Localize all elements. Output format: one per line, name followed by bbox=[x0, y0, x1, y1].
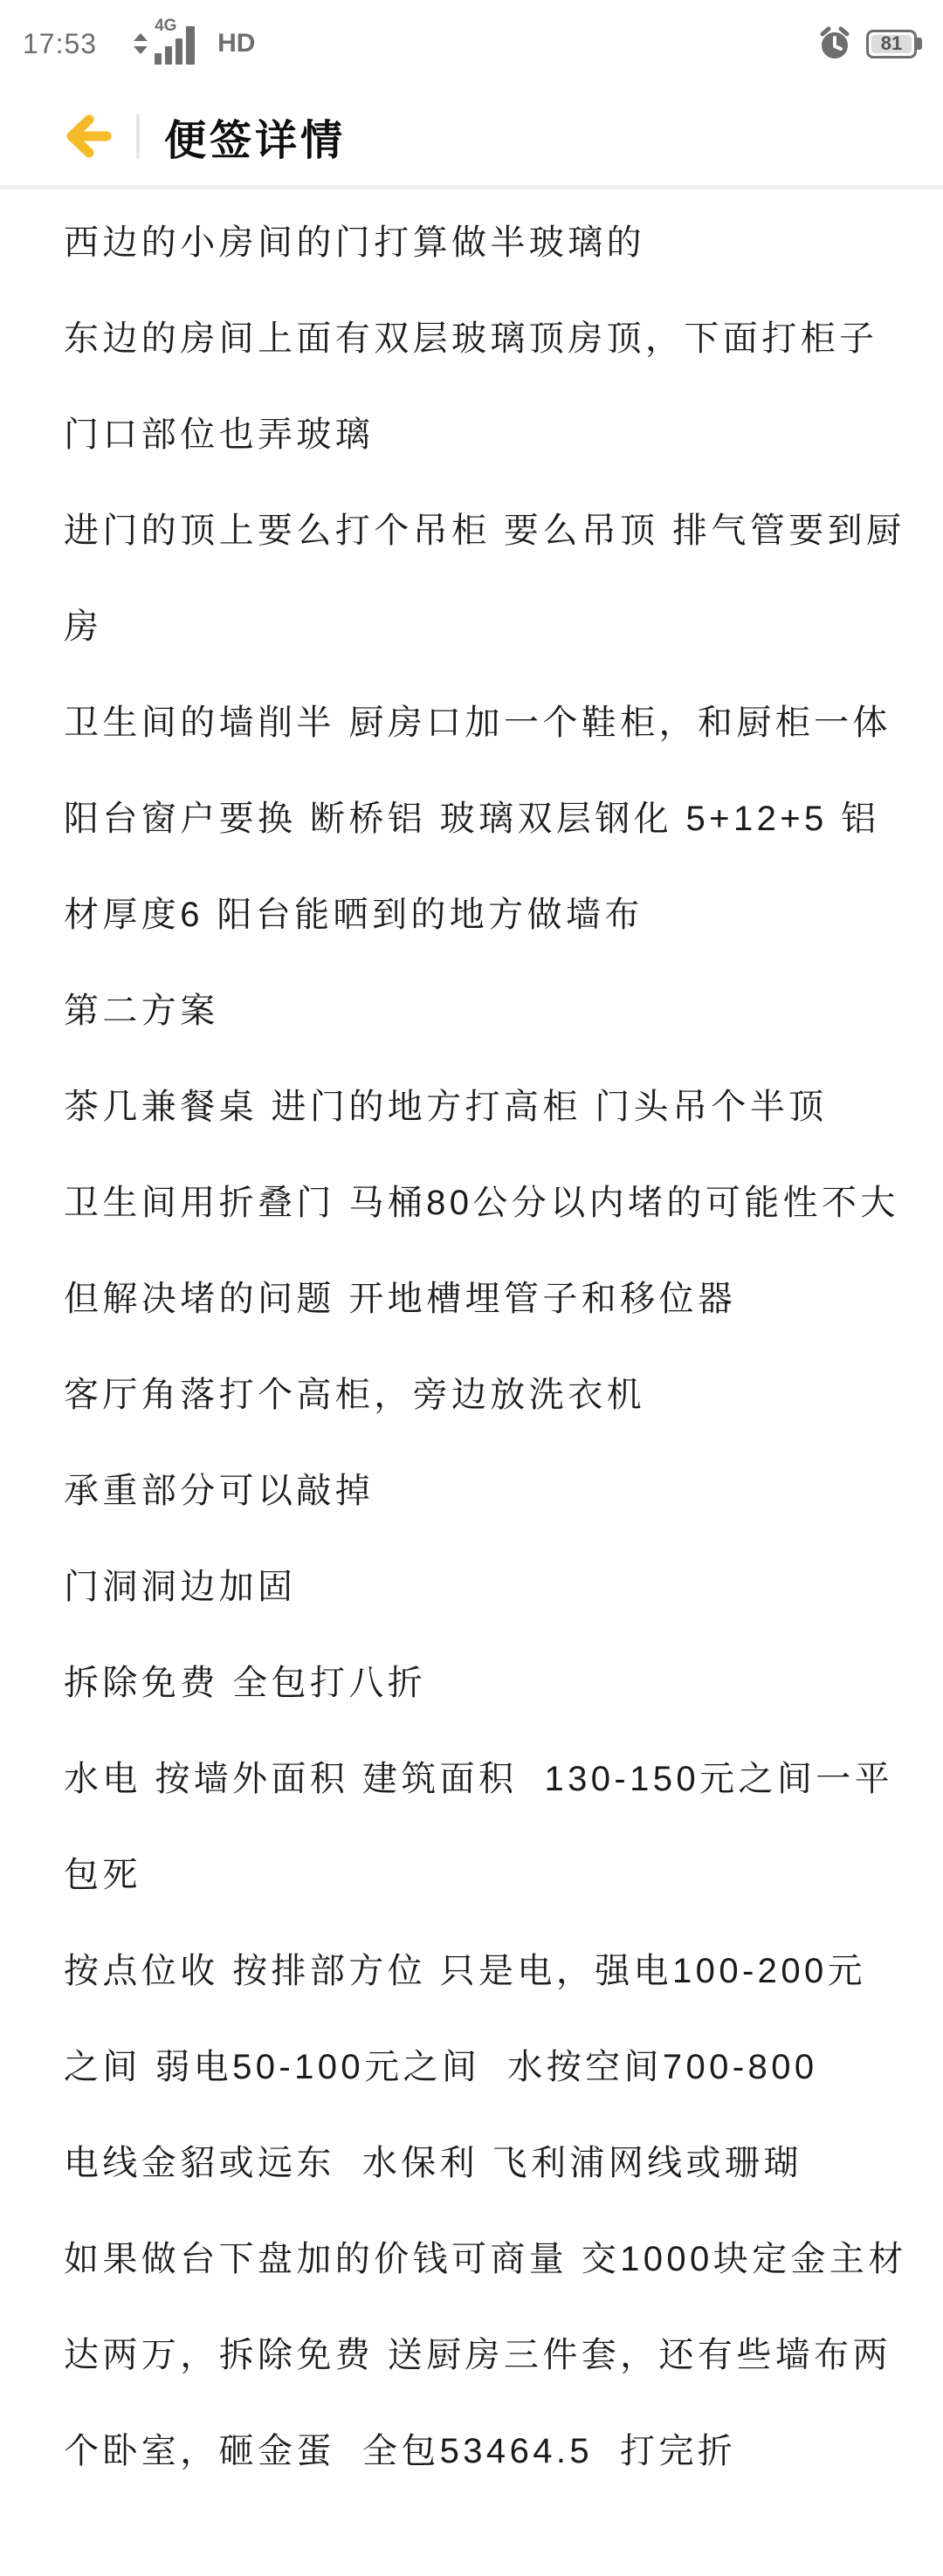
signal-bar-2 bbox=[165, 46, 172, 65]
back-button[interactable] bbox=[63, 113, 115, 159]
battery-nub bbox=[917, 38, 922, 50]
signal-bars-icon bbox=[155, 26, 195, 65]
title-bar: 便签详情 bbox=[0, 87, 943, 189]
signal-bar-4 bbox=[186, 26, 195, 65]
header-divider bbox=[136, 113, 140, 159]
note-line: 卫生间的墙削半 厨房口加一个鞋柜，和厨柜一体 bbox=[64, 675, 912, 771]
status-bar-right: 81 bbox=[817, 26, 917, 61]
note-line: 但解决堵的问题 开地槽埋管子和移位器 bbox=[64, 1251, 912, 1347]
cellular-signal-icon: 4G bbox=[155, 19, 209, 68]
battery-icon: 81 bbox=[866, 30, 917, 58]
note-line: 卫生间用折叠门 马桶80公分以内堵的可能性不大 bbox=[64, 1155, 912, 1251]
note-line: 进门的顶上要么打个吊柜 要么吊顶 排气管要到厨 bbox=[64, 483, 912, 579]
hd-volte-label: HD bbox=[217, 29, 255, 58]
signal-bar-3 bbox=[176, 38, 182, 65]
note-line: 水电 按墙外面积 建筑面积 130-150元之间一平 bbox=[64, 1731, 912, 1827]
note-line: 之间 弱电50-100元之间 水按空间700-800 bbox=[64, 2019, 912, 2115]
note-content[interactable]: 西边的小房间的门打算做半玻璃的 东边的房间上面有双层玻璃顶房顶，下面打柜子 门口… bbox=[64, 195, 912, 2499]
note-line: 如果做台下盘加的价钱可商量 交1000块定金主材 bbox=[64, 2211, 912, 2307]
note-line: 拆除免费 全包打八折 bbox=[64, 1635, 912, 1731]
note-line: 茶几兼餐桌 进门的地方打高柜 门头吊个半顶 bbox=[64, 1059, 912, 1155]
signal-bar-1 bbox=[155, 53, 162, 65]
note-line: 门口部位也弄玻璃 bbox=[64, 387, 912, 483]
download-arrow-icon bbox=[134, 46, 148, 54]
note-line: 西边的小房间的门打算做半玻璃的 bbox=[64, 195, 912, 291]
data-activity-arrows-icon bbox=[134, 33, 148, 54]
battery-percent: 81 bbox=[881, 34, 902, 53]
note-line: 承重部分可以敲掉 bbox=[64, 1443, 912, 1539]
page-title: 便签详情 bbox=[164, 106, 346, 167]
clock-time: 17:53 bbox=[23, 28, 97, 60]
note-line: 阳台窗户要换 断桥铝 玻璃双层钢化 5+12+5 铝 bbox=[64, 771, 912, 867]
note-line: 包死 bbox=[64, 1827, 912, 1923]
note-line: 材厚度6 阳台能晒到的地方做墙布 bbox=[64, 867, 912, 963]
arrow-left-icon bbox=[63, 113, 115, 159]
note-line: 电线金貂或远东 水保利 飞利浦网线或珊瑚 bbox=[64, 2115, 912, 2211]
note-line: 门洞洞边加固 bbox=[64, 1539, 912, 1635]
note-line: 房 bbox=[64, 579, 912, 675]
note-line: 东边的房间上面有双层玻璃顶房顶，下面打柜子 bbox=[64, 291, 912, 387]
upload-arrow-icon bbox=[134, 33, 148, 41]
note-line: 达两万，拆除免费 送厨房三件套，还有些墙布两 bbox=[64, 2307, 912, 2403]
note-line: 按点位收 按排部方位 只是电，强电100-200元 bbox=[64, 1923, 912, 2019]
alarm-clock-icon bbox=[817, 26, 852, 61]
status-bar: 17:53 4G HD 81 bbox=[0, 0, 943, 87]
note-line: 第二方案 bbox=[64, 963, 912, 1059]
note-line: 客厅角落打个高柜，旁边放洗衣机 bbox=[64, 1347, 912, 1443]
note-line: 个卧室，砸金蛋 全包53464.5 打完折 bbox=[64, 2403, 912, 2499]
